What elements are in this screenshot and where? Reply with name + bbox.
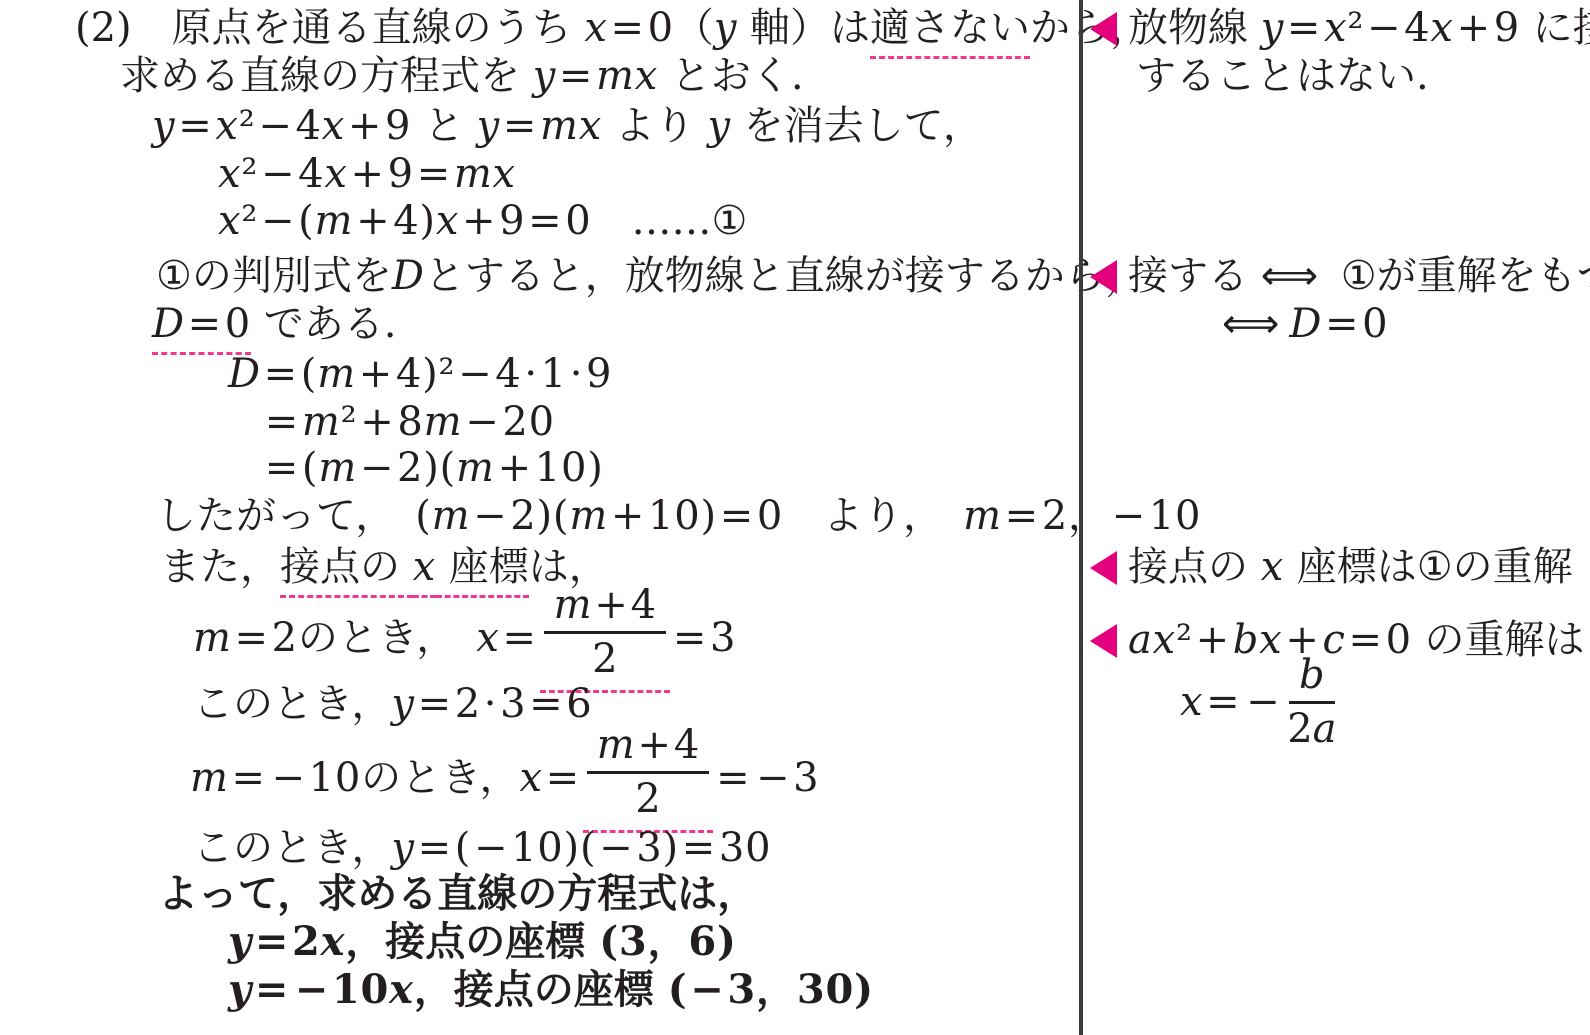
solution-line-14: このとき，y=2·3=6: [193, 680, 593, 728]
solution-line-06: ①の判別式をDとすると，放物線と直線が接するから，: [156, 252, 1145, 300]
math-run: x²−4x+9=mx: [218, 151, 516, 197]
text-run: したがって，: [156, 493, 415, 539]
text-run: (2) 原点を通る直線のうち: [75, 5, 584, 51]
solution-line-16: このとき，y=(−10)(−3)=30: [193, 824, 771, 872]
underlined-term: 適さない: [870, 5, 1030, 59]
column-divider: [1079, 0, 1083, 1035]
answer-math: y=−10x: [228, 966, 414, 1013]
math-run: D=0: [1289, 301, 1388, 347]
text-run: の重解は: [1412, 617, 1585, 663]
math-run: =3: [670, 614, 736, 662]
text-run: より，: [783, 493, 963, 539]
text-run: ①の判別式を: [156, 253, 392, 299]
underlined-term: x: [413, 544, 436, 598]
margin-note-4-line-1: ax²+bx+c=0 の重解は: [1090, 616, 1585, 664]
text-run: 座標は①の重解: [1284, 544, 1573, 590]
underlined-term: D=0: [152, 301, 251, 355]
math-run: x: [1261, 544, 1284, 590]
underlined-fraction: m+42: [540, 583, 671, 694]
equation-number: ……①: [592, 198, 748, 244]
text-run: とおく.: [658, 53, 803, 99]
conclusion-text: よって，求める直線の方程式は，: [158, 871, 757, 917]
math-run: D=(m+4)²−4·1·9: [228, 351, 612, 397]
margin-marker-icon: [1090, 624, 1117, 658]
underlined-fraction: m+42: [583, 723, 714, 834]
text-run: のとき，: [361, 754, 519, 802]
math-run: =−3: [713, 754, 819, 802]
math-run: y=2·3=6: [391, 681, 592, 727]
math-run: =m²+8m−20: [262, 399, 555, 445]
answer-math: (−3，30): [668, 966, 874, 1013]
answer-text: ，接点の座標: [345, 919, 599, 965]
answer-text: ，接点の座標: [414, 967, 668, 1013]
margin-marker-icon: [1090, 260, 1117, 294]
solution-line-19: y=−10x，接点の座標 (−3，30): [228, 966, 874, 1014]
solution-line-13: m=2 のとき， x=m+42=3: [193, 594, 736, 682]
math-run: y=mx: [477, 103, 602, 149]
math-run: y=mx: [533, 53, 658, 99]
solution-line-10: =(m−2)(m+10): [262, 444, 604, 492]
math-run: y=x²−4x+9: [1261, 5, 1520, 51]
text-run: を消去して，: [731, 103, 983, 149]
text-run: 接点の: [1128, 544, 1261, 590]
fraction-denominator: 2: [635, 774, 660, 822]
margin-note-2-line-2: ⟺D=0: [1222, 300, 1388, 348]
fraction-numerator: m+4: [587, 723, 710, 774]
solution-line-15: m=−10 のとき，x=m+42=−3: [190, 734, 819, 822]
math-run: m=−10: [190, 754, 361, 802]
underlined-term: 接点の: [280, 544, 413, 598]
text-run: また，: [160, 544, 280, 590]
text-run: このとき，: [193, 825, 391, 871]
margin-marker-icon: [1090, 12, 1117, 46]
math-run: y: [708, 103, 731, 149]
solution-line-01: (2) 原点を通る直線のうち x=0（y 軸）は適さないから，: [75, 4, 1150, 52]
solution-line-08: D=(m+4)²−4·1·9: [228, 350, 612, 398]
margin-note-4-line-2: x=−b2a: [1180, 658, 1341, 746]
text-run: である.: [251, 301, 396, 347]
text-run: 放物線: [1128, 5, 1261, 51]
fraction-denominator: 2a: [1287, 704, 1336, 752]
math-run: ax²+bx+c=0: [1128, 617, 1412, 663]
margin-note-3-line-1: 接点の x 座標は①の重解: [1090, 543, 1573, 591]
fraction: m+42: [544, 583, 667, 682]
text-run: ①が重解をもつ: [1328, 253, 1590, 299]
page: (2) 原点を通る直線のうち x=0（y 軸）は適さないから， 求める直線の方程…: [0, 0, 1590, 1035]
math-run: y=(−10)(−3)=30: [391, 825, 771, 871]
math-run: D: [392, 253, 425, 299]
margin-note-2-line-1: 接する ⟺ ①が重解をもつ: [1090, 252, 1590, 300]
margin-note-1-line-2: することはない.: [1136, 52, 1429, 100]
solution-line-04: x²−4x+9=mx: [218, 150, 516, 198]
math-run: x²−(m+4)x+9=0: [218, 198, 592, 244]
solution-line-07: D=0 である.: [152, 300, 396, 348]
fraction: m+42: [587, 723, 710, 822]
fraction-numerator: b: [1289, 653, 1335, 704]
text-run: と: [411, 103, 476, 149]
answer-math: (3，6): [599, 918, 737, 965]
solution-line-18: y=2x，接点の座標 (3，6): [228, 918, 737, 966]
math-run: y=x²−4x+9: [152, 103, 411, 149]
text-run: 求める直線の方程式を: [120, 53, 533, 99]
math-run: x=0: [584, 5, 674, 51]
solution-line-17: よって，求める直線の方程式は，: [158, 870, 757, 918]
margin-note-1-line-1: 放物線 y=x²−4x+9 に接: [1090, 4, 1590, 52]
text-run: とすると，放物線と直線が接するから，: [425, 253, 1145, 299]
iff-arrow: ⟺: [1261, 253, 1318, 299]
text-run: のとき，: [298, 614, 476, 662]
solution-line-09: =m²+8m−20: [262, 398, 555, 446]
math-run: x=: [476, 614, 539, 662]
iff-arrow: ⟺: [1222, 301, 1279, 347]
text-run: より: [602, 103, 707, 149]
answer-math: y=2x: [228, 918, 345, 965]
text-run: 軸）は: [737, 5, 870, 51]
solution-line-11: したがって， (m−2)(m+10)=0 より， m=2，−10: [156, 492, 1201, 540]
math-run: m=2: [193, 614, 298, 662]
math-run: =(m−2)(m+10): [262, 445, 604, 491]
fraction-numerator: m+4: [544, 583, 667, 634]
fraction-denominator: 2: [592, 634, 617, 682]
fraction: b2a: [1287, 653, 1336, 752]
math-run: (m−2)(m+10)=0: [415, 493, 783, 539]
solution-line-03: y=x²−4x+9 と y=mx より y を消去して，: [152, 102, 983, 150]
text-run: することはない.: [1136, 53, 1429, 99]
text-run: に接: [1520, 5, 1590, 51]
text-run: このとき，: [193, 681, 391, 727]
text-run: （: [674, 5, 714, 51]
math-run: x=−: [1180, 678, 1283, 726]
text-run: 接する: [1128, 253, 1261, 299]
margin-marker-icon: [1090, 551, 1117, 585]
underlined-term: 座標: [436, 544, 529, 598]
solution-line-02: 求める直線の方程式を y=mx とおく.: [120, 52, 804, 100]
solution-line-05: x²−(m+4)x+9=0 ……①: [218, 197, 747, 245]
math-run: y: [714, 5, 737, 51]
math-run: x=: [519, 754, 582, 802]
